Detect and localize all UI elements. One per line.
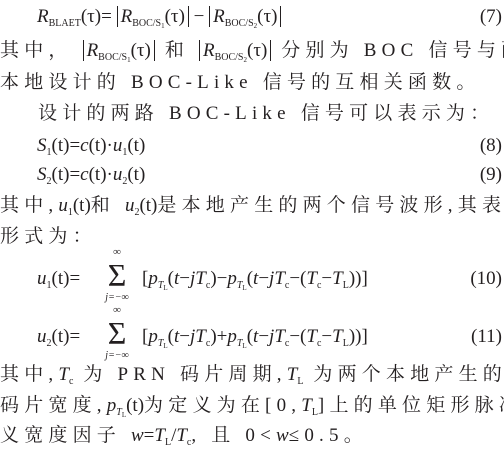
paren-t: (t) [73, 195, 91, 216]
sub-c: c [317, 338, 321, 349]
symbol-T: T [195, 326, 206, 347]
symbol-w: w [276, 425, 289, 446]
tau: (τ) [131, 40, 151, 61]
text: 和 [91, 195, 115, 216]
symbol-p: p [227, 326, 237, 347]
minus: − [217, 268, 228, 289]
text: 其中, [0, 195, 58, 216]
equals: = [69, 326, 80, 347]
paren-t: (t) [139, 195, 157, 216]
tau: (τ) [247, 40, 267, 61]
paragraph-4-line-1: 其中,Tc 为 PRN 码片周期,TL 为两个本地产生的信号的 [0, 360, 504, 390]
sub-c: c [285, 280, 289, 291]
symbol-p: p [107, 395, 117, 416]
abs-r-boc-s1: RBOC/S1(τ) [117, 6, 189, 27]
symbol-w: w [131, 425, 144, 446]
text: 和 [165, 40, 189, 61]
sub-L: L [242, 342, 246, 350]
sub-L: L [163, 342, 167, 350]
paragraph-3-line-1: 其中,u1(t)和 u2(t)是本地产生的两个信号波形,其表达 [0, 191, 504, 221]
sub-L: L [242, 284, 246, 292]
sub-c: c [285, 338, 289, 349]
equation-9-body: S2(t)=c(t)·u2(t) [37, 160, 145, 190]
text: 其中, [0, 364, 58, 385]
equation-10: u1(t)= ∞ Σ j=−∞ [pTL(t−jTc)−pTL(t−jTc−(T… [0, 248, 504, 312]
paren-t: (t) [52, 268, 70, 289]
symbol-T: T [306, 326, 317, 347]
tau: (τ) [81, 6, 101, 27]
paragraph-1-line-1: 其中， RBOC/S1(τ) 和 RBOC/S2(τ) 分别为 BOC 信号与两… [0, 36, 504, 66]
symbol-S: S [37, 164, 47, 185]
symbol-R: R [203, 40, 215, 61]
equation-number-7: (7) [480, 2, 502, 32]
equation-10-lhs: u1(t)= [37, 264, 80, 294]
paren-t: (t) [89, 164, 107, 185]
symbol-R: R [87, 40, 99, 61]
abs-r-boc-s2: RBOC/S2(τ) [209, 6, 281, 27]
paren-t: (t) [52, 326, 70, 347]
sigma-icon: Σ [97, 258, 137, 292]
text: 码片宽度, [0, 395, 107, 416]
symbol-u: u [58, 195, 68, 216]
symbol-S: S [37, 135, 47, 156]
equals: = [144, 425, 155, 446]
subscript-blaet: BLAET [49, 18, 81, 29]
tau: (τ) [165, 6, 185, 27]
equation-7-body: RBLAET(τ)= RBOC/S1(τ) − RBOC/S2(τ) [37, 2, 281, 32]
symbol-T: T [287, 364, 298, 385]
symbol-u: u [113, 164, 123, 185]
symbol-c: c [80, 164, 88, 185]
symbol-T: T [306, 268, 317, 289]
paren-t: (t) [52, 135, 70, 156]
equation-number-9: (9) [480, 160, 502, 190]
symbol-c: c [80, 135, 88, 156]
paren-t: (t) [89, 135, 107, 156]
symbol-T: T [274, 326, 285, 347]
equation-8-body: S1(t)=c(t)·u1(t) [37, 131, 145, 161]
text: 为定义为在[0, [144, 395, 301, 416]
subscript-boc-s: BOC/S [215, 52, 244, 63]
symbol-T: T [332, 268, 343, 289]
sub-c: c [69, 376, 73, 387]
text: 本地设计的 BOC-Like 信号的互相关函数。 [0, 72, 481, 93]
subscript-boc-s: BOC/S [132, 18, 161, 29]
paren-t: (t) [127, 164, 145, 185]
equation-7: RBLAET(τ)= RBOC/S1(τ) − RBOC/S2(τ) (7) [0, 2, 504, 32]
symbol-R: R [37, 6, 49, 27]
symbol-T: T [154, 425, 165, 446]
text: ]上的单位矩形脉冲。定 [318, 395, 504, 416]
symbol-R: R [121, 6, 133, 27]
sub-c: c [317, 280, 321, 291]
equals: = [101, 6, 112, 27]
symbol-T: T [274, 268, 285, 289]
subscript-boc-s: BOC/S [225, 18, 254, 29]
symbol-p: p [148, 326, 158, 347]
text: 分别为 BOC 信号与两路 [281, 40, 504, 61]
paragraph-4-line-2: 码片宽度,pTL(t)为定义为在[0,TL]上的单位矩形脉冲。定 [0, 391, 504, 421]
symbol-T: T [58, 364, 69, 385]
equation-11-rhs: [pTL(t−jTc)+pTL(t−jTc−(Tc−TL))] [142, 322, 368, 352]
text: 形式为： [0, 226, 97, 247]
text: , 且 0< [191, 425, 276, 446]
text: 是本地产生的两个信号波形,其表达 [157, 195, 504, 216]
symbol-p: p [227, 268, 237, 289]
equation-8: S1(t)=c(t)·u1(t) (8) [0, 131, 504, 161]
sub-L: L [165, 437, 171, 448]
paragraph-2: 设计的两路 BOC-Like 信号可以表示为： [38, 99, 504, 129]
paren-t: (t) [127, 135, 145, 156]
tau: (τ) [257, 6, 277, 27]
sub-L: L [163, 284, 167, 292]
sub-L: L [343, 338, 349, 349]
equation-number-10: (10) [470, 264, 502, 294]
sub-c: c [206, 338, 210, 349]
symbol-T: T [176, 425, 187, 446]
sub-c: c [206, 280, 210, 291]
equation-11-lhs: u2(t)= [37, 322, 80, 352]
text: 设计的两路 BOC-Like 信号可以表示为： [38, 103, 494, 124]
symbol-T: T [195, 268, 206, 289]
text: ≤0.5。 [289, 425, 368, 446]
subscript-boc-s: BOC/S [98, 52, 127, 63]
equals: = [69, 164, 80, 185]
symbol-R: R [213, 6, 225, 27]
paragraph-1-line-2: 本地设计的 BOC-Like 信号的互相关函数。 [0, 68, 504, 98]
sub-L: L [343, 280, 349, 291]
plus: + [217, 326, 228, 347]
equation-9: S2(t)=c(t)·u2(t) (9) [0, 160, 504, 190]
symbol-T: T [332, 326, 343, 347]
text: 其中， [0, 40, 73, 61]
minus: − [194, 6, 205, 27]
paragraph-4-line-3: 义宽度因子 w=TL/Tc, 且 0<w≤0.5。 [0, 421, 504, 449]
equals: = [69, 268, 80, 289]
text: 为 PRN 码片周期, [83, 364, 286, 385]
abs-r-boc-s2: RBOC/S2(τ) [199, 40, 271, 61]
symbol-T: T [301, 395, 312, 416]
symbol-p: p [148, 268, 158, 289]
symbol-u: u [37, 268, 47, 289]
lower-limit: j=−∞ [97, 292, 137, 304]
equation-number-8: (8) [480, 131, 502, 161]
symbol-u: u [37, 326, 47, 347]
equals: = [69, 135, 80, 156]
sub-L: L [297, 376, 303, 387]
text: 义宽度因子 [0, 425, 121, 446]
paren-t: (t) [126, 395, 144, 416]
text: 为两个本地产生的信号的 [313, 364, 504, 385]
sigma-icon: Σ [97, 316, 137, 350]
paren-t: (t) [52, 164, 70, 185]
symbol-u: u [113, 135, 123, 156]
abs-r-boc-s1: RBOC/S1(τ) [83, 40, 155, 61]
equation-number-11: (11) [471, 322, 502, 352]
equation-10-rhs: [pTL(t−jTc)−pTL(t−jTc−(Tc−TL))] [142, 264, 368, 294]
